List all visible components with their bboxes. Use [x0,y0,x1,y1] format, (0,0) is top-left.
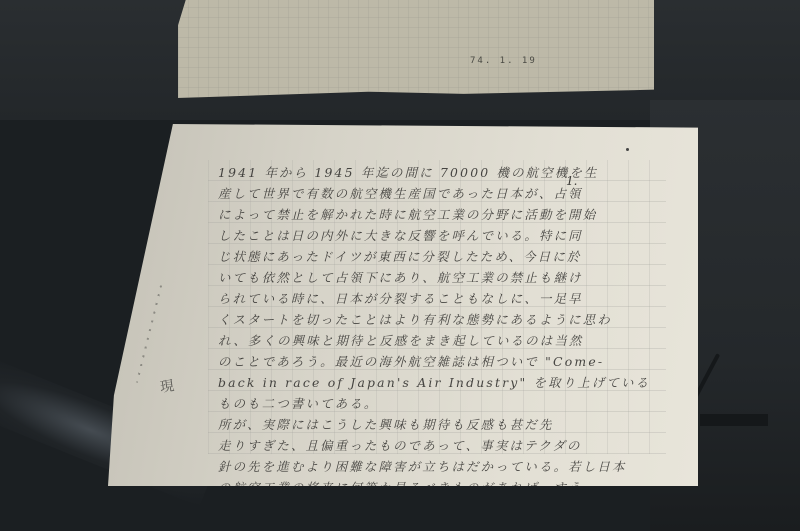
text-line: じ状態にあったドイツが東西に分裂したため、今日に於 [218,246,568,267]
margin-note: 現 [159,375,176,397]
text-line: したことは日の内外に大きな反響を呼んでいる。特に同 [218,225,568,246]
text-line: back in race of Japan's Air Industry" を取… [218,372,568,393]
top-manuscript-sheet: 74. 1. 19 [178,0,654,98]
text-line: ものも二つ書いてある。 [218,393,568,414]
text-line: 走りすぎた、且偏重ったものであって、事実はテクダの [218,435,568,456]
text-line: 1941 年から 1945 年迄の間に 70000 機の航空機を生 [218,162,568,183]
handwritten-text: 1941 年から 1945 年迄の間に 70000 機の航空機を生 産して世界で… [218,162,568,498]
ink-mark [626,148,629,151]
text-line: によって禁止を解かれた時に航空工業の分野に活動を開始 [218,204,568,225]
text-line: いても依然として占領下にあり、航空工業の禁止も継け [218,267,568,288]
text-line: れ、多くの興味と期待と反感をまき起しているのは当然 [218,330,568,351]
document-stand-base [700,414,768,426]
text-line: くスタートを切ったことはより有利な態勢にあるように思わ [218,309,568,330]
text-line: のことであろう。最近の海外航空雑誌は相ついで "Come- [218,351,568,372]
manuscript-date: 74. 1. 19 [470,56,537,66]
text-line: 産して世界で有数の航空機生産国であった日本が、占領 [218,183,568,204]
perforation-dots [136,285,162,383]
text-line: られている時に、日本が分裂することもなしに、一足早 [218,288,568,309]
text-line: 針の先を進むより困難な障害が立ちはだかっている。若し日本 [218,456,568,477]
text-line: の航空工業の将来に何等か見るべきものがあれば、すう [218,477,568,498]
main-manuscript-sheet: 1. 現 1941 年から 1945 年迄の間に 70000 機の航空機を生 産… [108,124,698,486]
text-line: 所が、実際にはこうした興味も期待も反感も甚だ先 [218,414,568,435]
